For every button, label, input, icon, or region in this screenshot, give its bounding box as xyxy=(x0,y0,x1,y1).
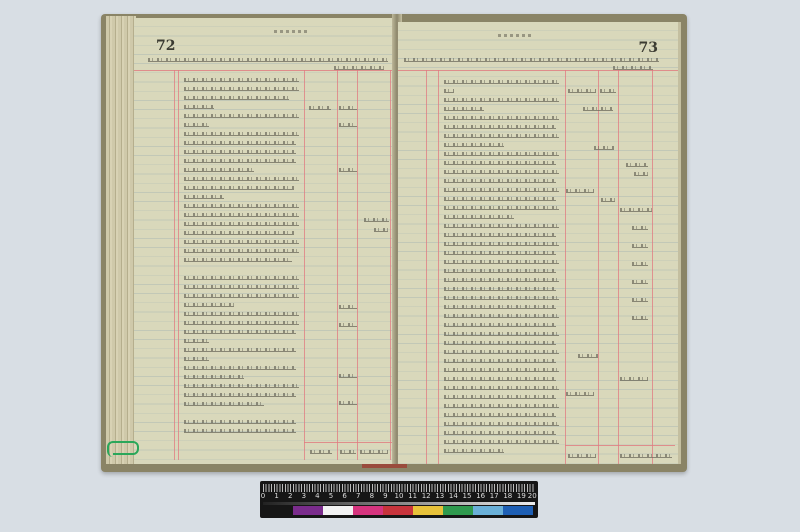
scale-ruler: 0 1 2 3 4 5 6 7 8 9 10 11 12 13 14 15 16… xyxy=(260,481,538,518)
color-patch xyxy=(353,506,383,515)
column-rule xyxy=(357,70,358,460)
color-patch xyxy=(383,506,413,515)
column-rule xyxy=(438,70,439,464)
color-patch xyxy=(473,506,503,515)
column-rule xyxy=(178,70,179,460)
column-rule xyxy=(174,70,175,460)
gray-gradient-strip xyxy=(263,502,535,505)
color-patches xyxy=(293,506,533,515)
total-rule xyxy=(304,442,396,443)
header-rule xyxy=(398,70,678,71)
column-rule xyxy=(618,70,619,464)
column-rule xyxy=(565,70,566,464)
header-line xyxy=(148,58,388,62)
color-patch xyxy=(443,506,473,515)
column-rule xyxy=(390,70,391,460)
page-heading-note xyxy=(274,30,308,33)
right-page: 73 xyxy=(398,22,681,464)
column-rule xyxy=(598,70,599,464)
color-patch xyxy=(503,506,533,515)
ruler-numbers: 0 1 2 3 4 5 6 7 8 9 10 11 12 13 14 15 16… xyxy=(263,492,535,502)
binding-tab xyxy=(362,464,407,468)
color-patch xyxy=(413,506,443,515)
ruler-ticks xyxy=(263,484,535,492)
page-edges xyxy=(106,16,136,464)
column-rule xyxy=(652,70,653,464)
left-page: 72 xyxy=(134,18,396,464)
paper-clip xyxy=(113,441,139,455)
page-number-left: 72 xyxy=(156,38,175,54)
page-number-right: 73 xyxy=(639,40,658,56)
column-rule xyxy=(304,70,305,460)
column-rule xyxy=(337,70,338,460)
column-rule xyxy=(426,70,427,464)
color-patch xyxy=(323,506,353,515)
total-rule xyxy=(565,445,675,446)
color-patch xyxy=(293,506,323,515)
header-line xyxy=(404,58,659,62)
page-heading-note xyxy=(498,34,532,37)
